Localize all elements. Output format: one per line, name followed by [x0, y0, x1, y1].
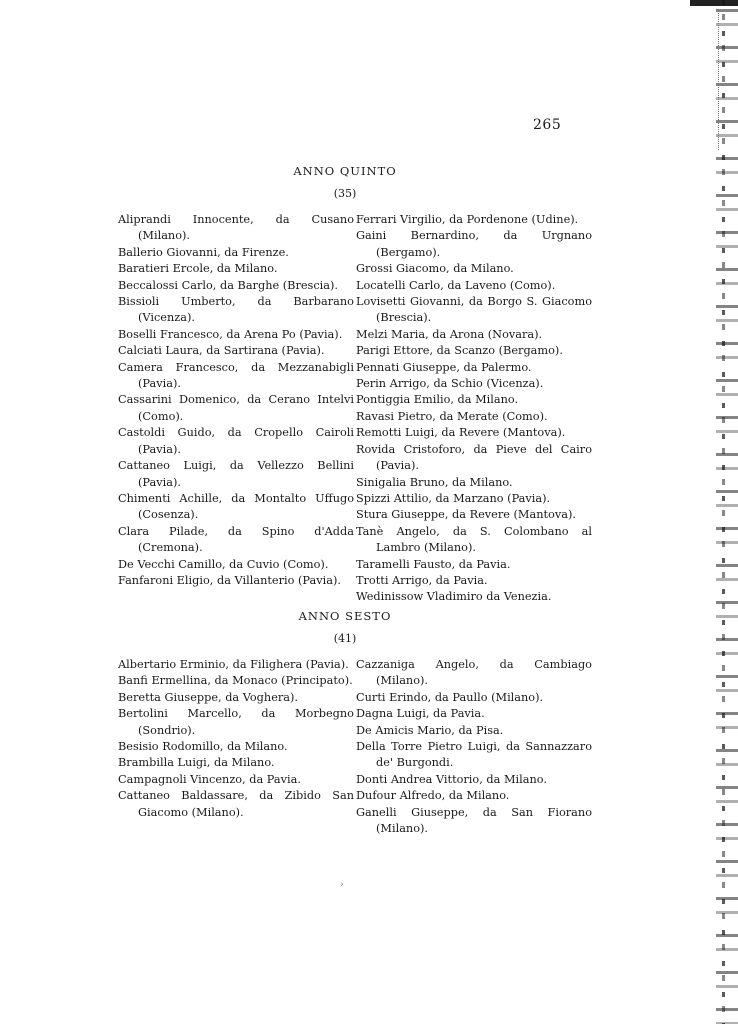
list-item: Cattaneo Luigi, da Vellezzo Bellini (Pav…: [118, 458, 354, 491]
scan-dotted-line: [718, 10, 719, 150]
list-item: Remotti Luigi, da Revere (Mantova).: [356, 425, 592, 441]
list-item: Clara Pilade, da Spino d'Adda (Cremona).: [118, 524, 354, 557]
list-item: Parigi Ettore, da Scanzo (Bergamo).: [356, 343, 592, 359]
list-item: De Vecchi Camillo, da Cuvio (Como).: [118, 557, 354, 573]
stray-mark: ›: [340, 880, 344, 890]
list-item: Lovisetti Giovanni, da Borgo S. Giacomo …: [356, 294, 592, 327]
scan-edge-right: [716, 0, 738, 1024]
list-item: Baratieri Ercole, da Milano.: [118, 261, 354, 277]
list-item: Brambilla Luigi, da Milano.: [118, 755, 354, 771]
section-count-anno-sesto: (41): [0, 632, 690, 645]
list-item: Bissioli Umberto, da Barbarano (Vicenza)…: [118, 294, 354, 327]
list-item: Locatelli Carlo, da Laveno (Como).: [356, 278, 592, 294]
anno-quinto-left-column: Aliprandi Innocente, da Cusano (Milano).…: [118, 212, 354, 589]
list-item: Ferrari Virgilio, da Pordenone (Udine).: [356, 212, 592, 228]
list-item: Wedinissow Vladimiro da Venezia.: [356, 589, 592, 605]
list-item: Castoldi Guido, da Cropello Cairoli (Pav…: [118, 425, 354, 458]
document-page: 265 ANNO QUINTO (35) Aliprandi Innocente…: [0, 0, 738, 1024]
list-item: Perin Arrigo, da Schio (Vicenza).: [356, 376, 592, 392]
list-item: Chimenti Achille, da Montalto Uffugo (Co…: [118, 491, 354, 524]
list-item: Spizzi Attilio, da Marzano (Pavia).: [356, 491, 592, 507]
list-item: Ganelli Giuseppe, da San Fiorano (Milano…: [356, 805, 592, 838]
list-item: Boselli Francesco, da Arena Po (Pavia).: [118, 327, 354, 343]
list-item: Beretta Giuseppe, da Voghera).: [118, 690, 354, 706]
list-item: Curti Erindo, da Paullo (Milano).: [356, 690, 592, 706]
list-item: Cassarini Domenico, da Cerano Intelvi (C…: [118, 392, 354, 425]
section-title-anno-sesto: ANNO SESTO: [0, 609, 690, 623]
list-item: Banfi Ermellina, da Monaco (Principato).: [118, 673, 354, 689]
list-item: Grossi Giacomo, da Milano.: [356, 261, 592, 277]
list-item: Gaini Bernardino, da Urgnano (Bergamo).: [356, 228, 592, 261]
list-item: Stura Giuseppe, da Revere (Mantova).: [356, 507, 592, 523]
list-item: Besisio Rodomillo, da Milano.: [118, 739, 354, 755]
list-item: Rovida Cristoforo, da Pieve del Cairo (P…: [356, 442, 592, 475]
list-item: Della Torre Pietro Luigi, da Sannazzaro …: [356, 739, 592, 772]
section-count-anno-quinto: (35): [0, 187, 690, 200]
list-item: Ravasi Pietro, da Merate (Como).: [356, 409, 592, 425]
list-item: Pontiggia Emilio, da Milano.: [356, 392, 592, 408]
list-item: Cazzaniga Angelo, da Cambiago (Milano).: [356, 657, 592, 690]
list-item: Ballerio Giovanni, da Firenze.: [118, 245, 354, 261]
list-item: Dufour Alfredo, da Milano.: [356, 788, 592, 804]
list-item: Tanè Angelo, da S. Colombano al Lambro (…: [356, 524, 592, 557]
section-title-anno-quinto: ANNO QUINTO: [0, 164, 690, 178]
list-item: Beccalossi Carlo, da Barghe (Brescia).: [118, 278, 354, 294]
list-item: Dagna Luigi, da Pavia.: [356, 706, 592, 722]
list-item: Aliprandi Innocente, da Cusano (Milano).: [118, 212, 354, 245]
list-item: Albertario Erminio, da Filighera (Pavia)…: [118, 657, 354, 673]
anno-sesto-right-column: Cazzaniga Angelo, da Cambiago (Milano). …: [356, 657, 592, 837]
list-item: Donti Andrea Vittorio, da Milano.: [356, 772, 592, 788]
list-item: Sinigalia Bruno, da Milano.: [356, 475, 592, 491]
anno-quinto-right-column: Ferrari Virgilio, da Pordenone (Udine). …: [356, 212, 592, 606]
list-item: Camera Francesco, da Mezzanabigli (Pavia…: [118, 360, 354, 393]
list-item: Trotti Arrigo, da Pavia.: [356, 573, 592, 589]
list-item: Cattaneo Baldassare, da Zibido San Giaco…: [118, 788, 354, 821]
list-item: Taramelli Fausto, da Pavia.: [356, 557, 592, 573]
list-item: Pennati Giuseppe, da Palermo.: [356, 360, 592, 376]
list-item: Calciati Laura, da Sartirana (Pavia).: [118, 343, 354, 359]
list-item: Campagnoli Vincenzo, da Pavia.: [118, 772, 354, 788]
list-item: Bertolini Marcello, da Morbegno (Sondrio…: [118, 706, 354, 739]
list-item: Melzi Maria, da Arona (Novara).: [356, 327, 592, 343]
list-item: Fanfaroni Eligio, da Villanterio (Pavia)…: [118, 573, 354, 589]
anno-sesto-left-column: Albertario Erminio, da Filighera (Pavia)…: [118, 657, 354, 821]
page-number: 265: [533, 117, 561, 133]
list-item: De Amicis Mario, da Pisa.: [356, 723, 592, 739]
